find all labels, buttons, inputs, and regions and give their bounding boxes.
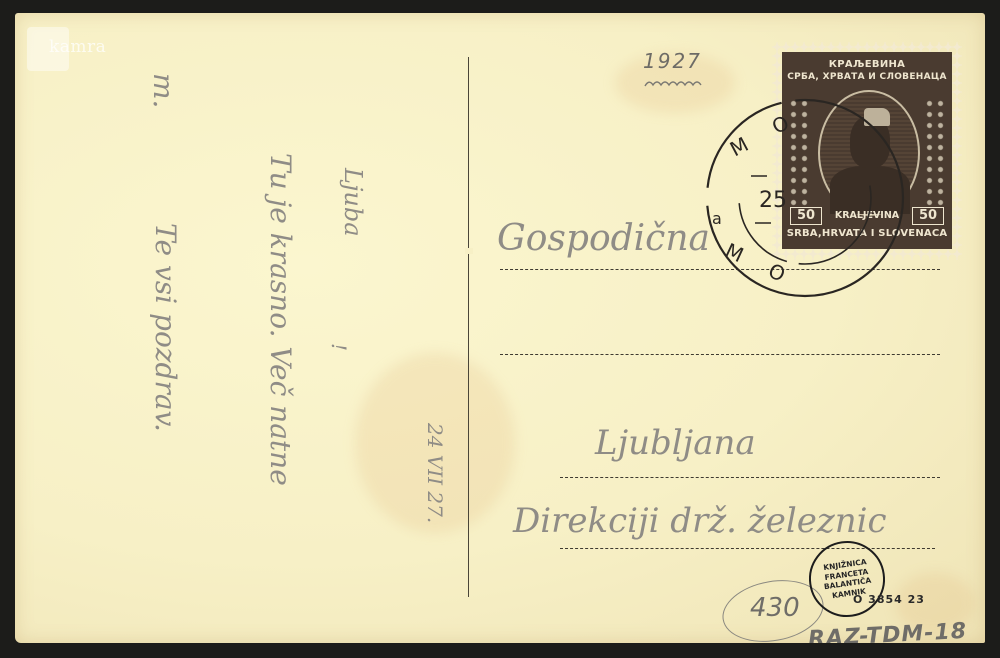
- stamp-latin-line-1: KRALJEVINA: [826, 210, 908, 221]
- stamp-body: КРАЉЕВИНА СРБА, ХРВАТА И СЛОВЕНАЦА 50 50…: [782, 52, 952, 249]
- inventory-number: 430: [750, 593, 800, 623]
- postmark-date: 25: [759, 188, 787, 213]
- stamp-top-line-1: КРАЉЕВИНА: [782, 58, 952, 71]
- watermark-text: kamra: [49, 37, 106, 57]
- message-line-1: Tu je krasno. Več natne: [264, 153, 297, 486]
- address-recipient: Gospodična: [497, 218, 710, 259]
- postage-stamp: КРАЉЕВИНА СРБА, ХРВАТА И СЛОВЕНАЦА 50 50…: [772, 42, 962, 260]
- address-city: Ljubljana: [595, 423, 756, 463]
- postmark-series: a: [712, 209, 722, 228]
- message-line-initial: m.: [147, 73, 180, 108]
- squiggle-underline-icon: [643, 77, 707, 89]
- reference-code: RAZ-TDM-18: [807, 619, 967, 643]
- stamp-value-right: 50: [912, 207, 944, 225]
- print-code: O 3854 23: [853, 593, 925, 606]
- stamp-value-left: 50: [790, 207, 822, 225]
- kamra-watermark: kamra: [27, 27, 145, 67]
- message-date: 24 VII 27.: [423, 423, 447, 523]
- address-line-3: [560, 477, 940, 478]
- postcard: kamra 1927 Gospodična Ljubljana Direkcij…: [15, 13, 985, 643]
- message-line-2: Te vsi pozdrav.: [149, 223, 182, 432]
- address-line-1: [500, 269, 940, 270]
- stamp-top-line-2: СРБА, ХРВАТА И СЛОВЕНАЦА: [782, 71, 952, 84]
- portrait-cap-icon: [864, 108, 890, 126]
- address-line-2: [500, 354, 940, 355]
- message-exclamation: !: [327, 343, 351, 351]
- stamp-latin-line-2: SRBA,HRVATA I SLOVENACA: [782, 228, 952, 239]
- stamp-cyrillic-text: КРАЉЕВИНА СРБА, ХРВАТА И СЛОВЕНАЦА: [782, 58, 952, 84]
- address-line-4: [560, 548, 935, 549]
- stamp-ornament-right-icon: [924, 98, 946, 208]
- portrait-body-icon: [830, 166, 910, 214]
- address-institution: Direkciji drž. železnic: [513, 501, 887, 541]
- divider-gap: [465, 248, 473, 254]
- year-note: 1927: [643, 49, 702, 73]
- stamp-portrait: [818, 90, 920, 216]
- message-salutation: Ljuba: [339, 168, 367, 237]
- center-divider: [468, 57, 469, 597]
